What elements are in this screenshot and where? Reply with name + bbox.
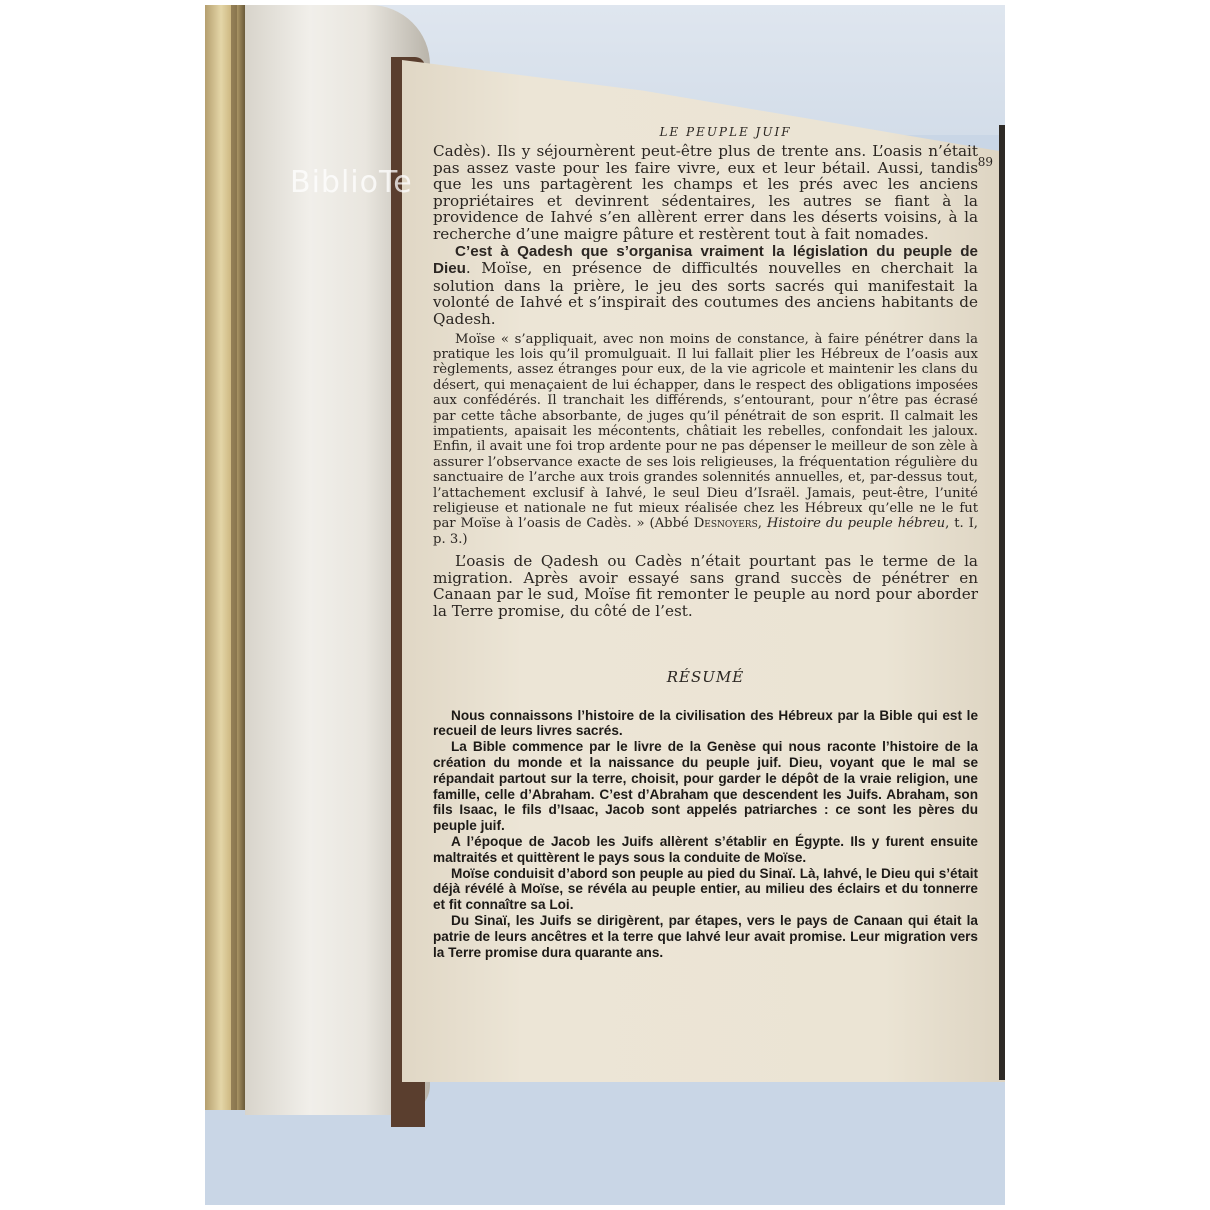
page-text: LE PEUPLE JUIF 89 Cadès). Ils y séjournè… xyxy=(433,125,978,960)
paragraph-emphasis: C’est à Qadesh que s’organisa vraiment l… xyxy=(433,243,978,328)
book-spine xyxy=(205,5,245,1110)
quote-source-title: Histoire du peuple hébreu xyxy=(767,516,945,531)
summary-paragraph: Nous connaissons l’histoire de la civili… xyxy=(433,708,978,740)
running-head: LE PEUPLE JUIF xyxy=(473,125,978,139)
summary-paragraph: La Bible commence par le livre de la Gen… xyxy=(433,739,978,834)
summary-paragraph: A l’époque de Jacob les Juifs allèrent s… xyxy=(433,834,978,866)
summary: Nous connaissons l’histoire de la civili… xyxy=(433,708,978,961)
quote-author: Desnoyers, xyxy=(694,516,762,531)
spine-edge xyxy=(231,5,237,1110)
resume-heading: RÉSUMÉ xyxy=(433,668,978,686)
summary-paragraph: Du Sinaï, les Juifs se dirigèrent, par é… xyxy=(433,913,978,960)
closing-paragraph: L’oasis de Qadesh ou Cadès n’était pourt… xyxy=(433,553,978,619)
book-cover-edge xyxy=(999,125,1005,1080)
block-quote: Moïse « s’appliquait, avec non moins de … xyxy=(433,332,978,548)
watermark: BiblioTe xyxy=(290,165,413,200)
book-photo: BiblioTe LE PEUPLE JUIF 89 Cadès). Ils y… xyxy=(205,5,1005,1205)
quote-text: Moïse « s’appliquait, avec non moins de … xyxy=(433,332,978,532)
emphasis-rest: . Moïse, en présence de difficultés nouv… xyxy=(433,259,978,328)
paragraph: Cadès). Ils y séjournèrent peut-être plu… xyxy=(433,143,978,243)
page-number: 89 xyxy=(978,155,993,169)
summary-paragraph: Moïse conduisit d’abord son peuple au pi… xyxy=(433,866,978,913)
